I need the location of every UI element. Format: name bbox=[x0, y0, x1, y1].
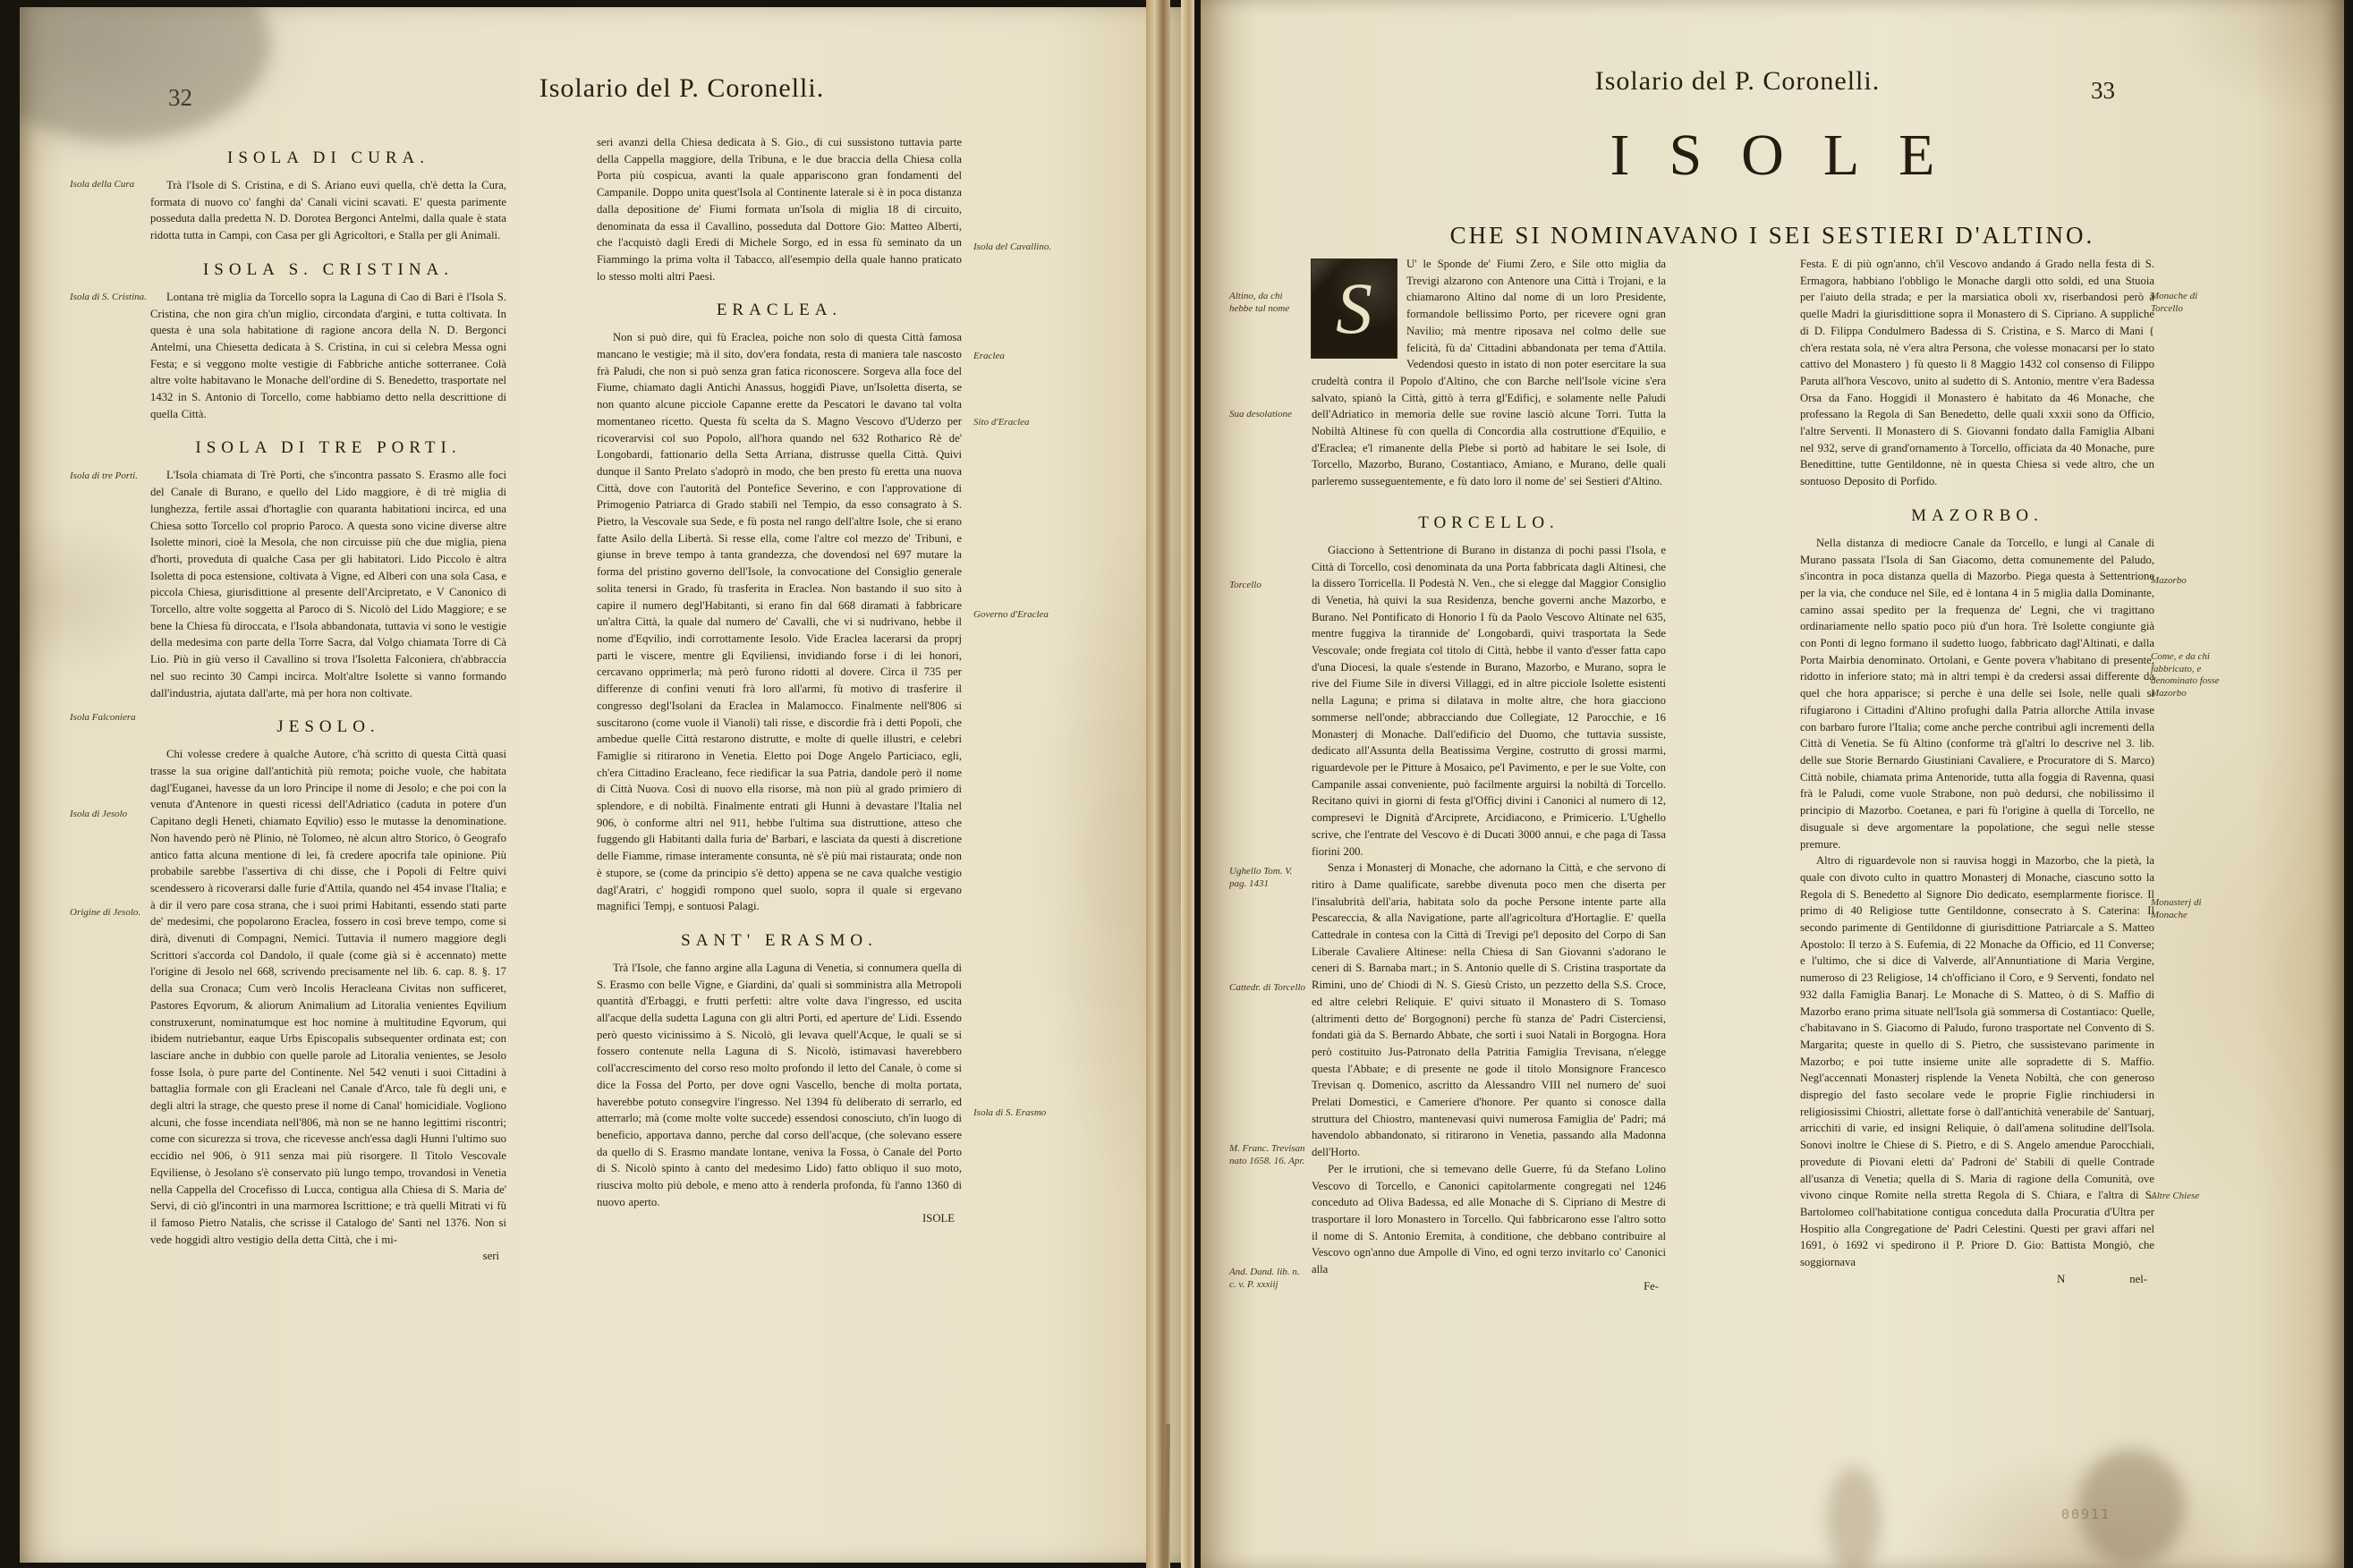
section-heading-torcello: TORCELLO. bbox=[1312, 513, 1666, 533]
paragraph-isola-s-cristina: Lontana trè miglia da Torcello sopra la … bbox=[150, 289, 506, 423]
paragraph-cavallino: seri avanzi della Chiesa dedicata à S. G… bbox=[597, 134, 962, 284]
paragraph-mazorbo-1: Nella distanza di mediocre Canale da Tor… bbox=[1800, 535, 2154, 852]
catchword-right-col2: nel- bbox=[2129, 1271, 2147, 1288]
paragraph-altino: SU' le Sponde de' Fiumi Zero, e Sile ott… bbox=[1312, 256, 1666, 490]
section-heading-jesolo: JESOLO. bbox=[150, 717, 506, 737]
margin-note: Isola del Cavallino. bbox=[973, 242, 1063, 254]
margin-note: Monache di Torcello bbox=[2151, 291, 2222, 315]
paragraph-sant-erasmo: Trà l'Isole, che fanno argine alla Lagun… bbox=[597, 960, 962, 1211]
running-title-left: Isolario del P. Coronelli. bbox=[395, 73, 968, 104]
margin-note: Governo d'Eraclea bbox=[973, 609, 1063, 622]
margin-note: Torcello bbox=[1229, 580, 1306, 592]
left-page-column-2: seri avanzi della Chiesa dedicata à S. G… bbox=[597, 134, 962, 1227]
paragraph-jesolo: Chi volesse credere à qualche Autore, c'… bbox=[150, 746, 506, 1248]
paragraph-torcello-4: Festa. E di più ogn'anno, ch'il Vescovo … bbox=[1800, 256, 2154, 490]
right-page-column-2: Festa. E di più ogn'anno, ch'il Vescovo … bbox=[1800, 256, 2154, 1287]
book-spread-photo: 32 Isolario del P. Coronelli. ISOLA DI C… bbox=[0, 0, 2353, 1568]
section-heading-isola-di-cura: ISOLA DI CURA. bbox=[150, 148, 506, 168]
margin-note: Come, e da chi fabbricato, e denominato … bbox=[2151, 651, 2222, 699]
paragraph-isola-di-tre-porti: L'Isola chiamata di Trè Porti, che s'inc… bbox=[150, 467, 506, 701]
left-page: 32 Isolario del P. Coronelli. ISOLA DI C… bbox=[20, 7, 1193, 1563]
margin-note: Sua desolatione bbox=[1229, 409, 1306, 421]
margin-note: Isola di tre Porti. bbox=[70, 470, 147, 483]
page-number-right: 33 bbox=[2091, 77, 2115, 105]
paragraph-torcello-1: Giacciono à Settentrione di Burano in di… bbox=[1312, 542, 1666, 860]
margin-note: Origine di Jesolo. bbox=[70, 907, 147, 920]
collection-stamp: 00911 bbox=[2061, 1506, 2111, 1522]
margin-note: Altino, da chi hebbe tal nome bbox=[1229, 291, 1306, 315]
running-title-right: Isolario del P. Coronelli. bbox=[1487, 66, 1988, 97]
margin-note: Mazorbo bbox=[2151, 575, 2222, 588]
section-heading-mazorbo: MAZORBO. bbox=[1800, 506, 2154, 526]
margin-note: And. Dand. lib. n. c. v. P. xxxiij bbox=[1229, 1267, 1306, 1291]
section-heading-isola-s-cristina: ISOLA S. CRISTINA. bbox=[150, 260, 506, 280]
section-heading-isola-di-tre-porti: ISOLA DI TRE PORTI. bbox=[150, 438, 506, 458]
paragraph-eraclea: Non si può dire, quì fù Eraclea, poiche … bbox=[597, 329, 962, 915]
right-page-column-1: SU' le Sponde de' Fiumi Zero, e Sile ott… bbox=[1312, 256, 1666, 1294]
chapter-title: ISOLE bbox=[1201, 122, 2344, 190]
margin-note: Isola Falconiera bbox=[70, 712, 147, 725]
gathering-signature: N bbox=[2057, 1271, 2065, 1288]
right-page: Isolario del P. Coronelli. 33 ISOLE CHE … bbox=[1201, 0, 2344, 1568]
margin-note: Monasterj di Monache bbox=[2151, 897, 2222, 921]
margin-note: M. Franc. Trevisan nato 1658. 16. Apr. bbox=[1229, 1143, 1306, 1167]
left-page-column-1: ISOLA DI CURA. Trà l'Isole di S. Cristin… bbox=[150, 132, 506, 1265]
catchword-left-col2: ISOLE bbox=[597, 1210, 962, 1227]
margin-note: Isola di S. Cristina. bbox=[70, 292, 147, 304]
paragraph-isola-di-cura: Trà l'Isole di S. Cristina, e di S. Aria… bbox=[150, 177, 506, 244]
margin-note: Cattedr. di Torcello bbox=[1229, 982, 1306, 995]
page-number-left: 32 bbox=[168, 84, 192, 112]
catchword-left-col1: seri bbox=[150, 1248, 506, 1265]
section-heading-eraclea: ERACLEA. bbox=[597, 301, 962, 320]
paragraph-torcello-2: Senza i Monasterj di Monache, che adorna… bbox=[1312, 860, 1666, 1161]
drop-cap-initial: S bbox=[1312, 259, 1397, 358]
margin-note: Altre Chiese bbox=[2151, 1191, 2222, 1203]
margin-note: Eraclea bbox=[973, 351, 1063, 363]
margin-note: Isola di S. Erasmo bbox=[973, 1107, 1063, 1120]
paragraph-mazorbo-2: Altro di riguardevole non si rauvisa hog… bbox=[1800, 852, 2154, 1271]
paper-stain bbox=[20, 7, 270, 141]
section-heading-sant-erasmo: SANT' ERASMO. bbox=[597, 931, 962, 951]
chapter-subtitle: CHE SI NOMINAVANO I SEI SESTIERI D'ALTIN… bbox=[1201, 222, 2344, 250]
margin-note: Isola della Cura bbox=[70, 179, 147, 191]
paragraph-torcello-3: Per le irrutioni, che si temevano delle … bbox=[1312, 1161, 1666, 1278]
catchword-right-col1: Fe- bbox=[1312, 1278, 1666, 1295]
margin-note: Sito d'Eraclea bbox=[973, 417, 1063, 429]
margin-note: Ughello Tom. V. pag. 1431 bbox=[1229, 866, 1306, 890]
paper-stain bbox=[1827, 1467, 1881, 1568]
margin-note: Isola di Jesolo bbox=[70, 809, 147, 821]
